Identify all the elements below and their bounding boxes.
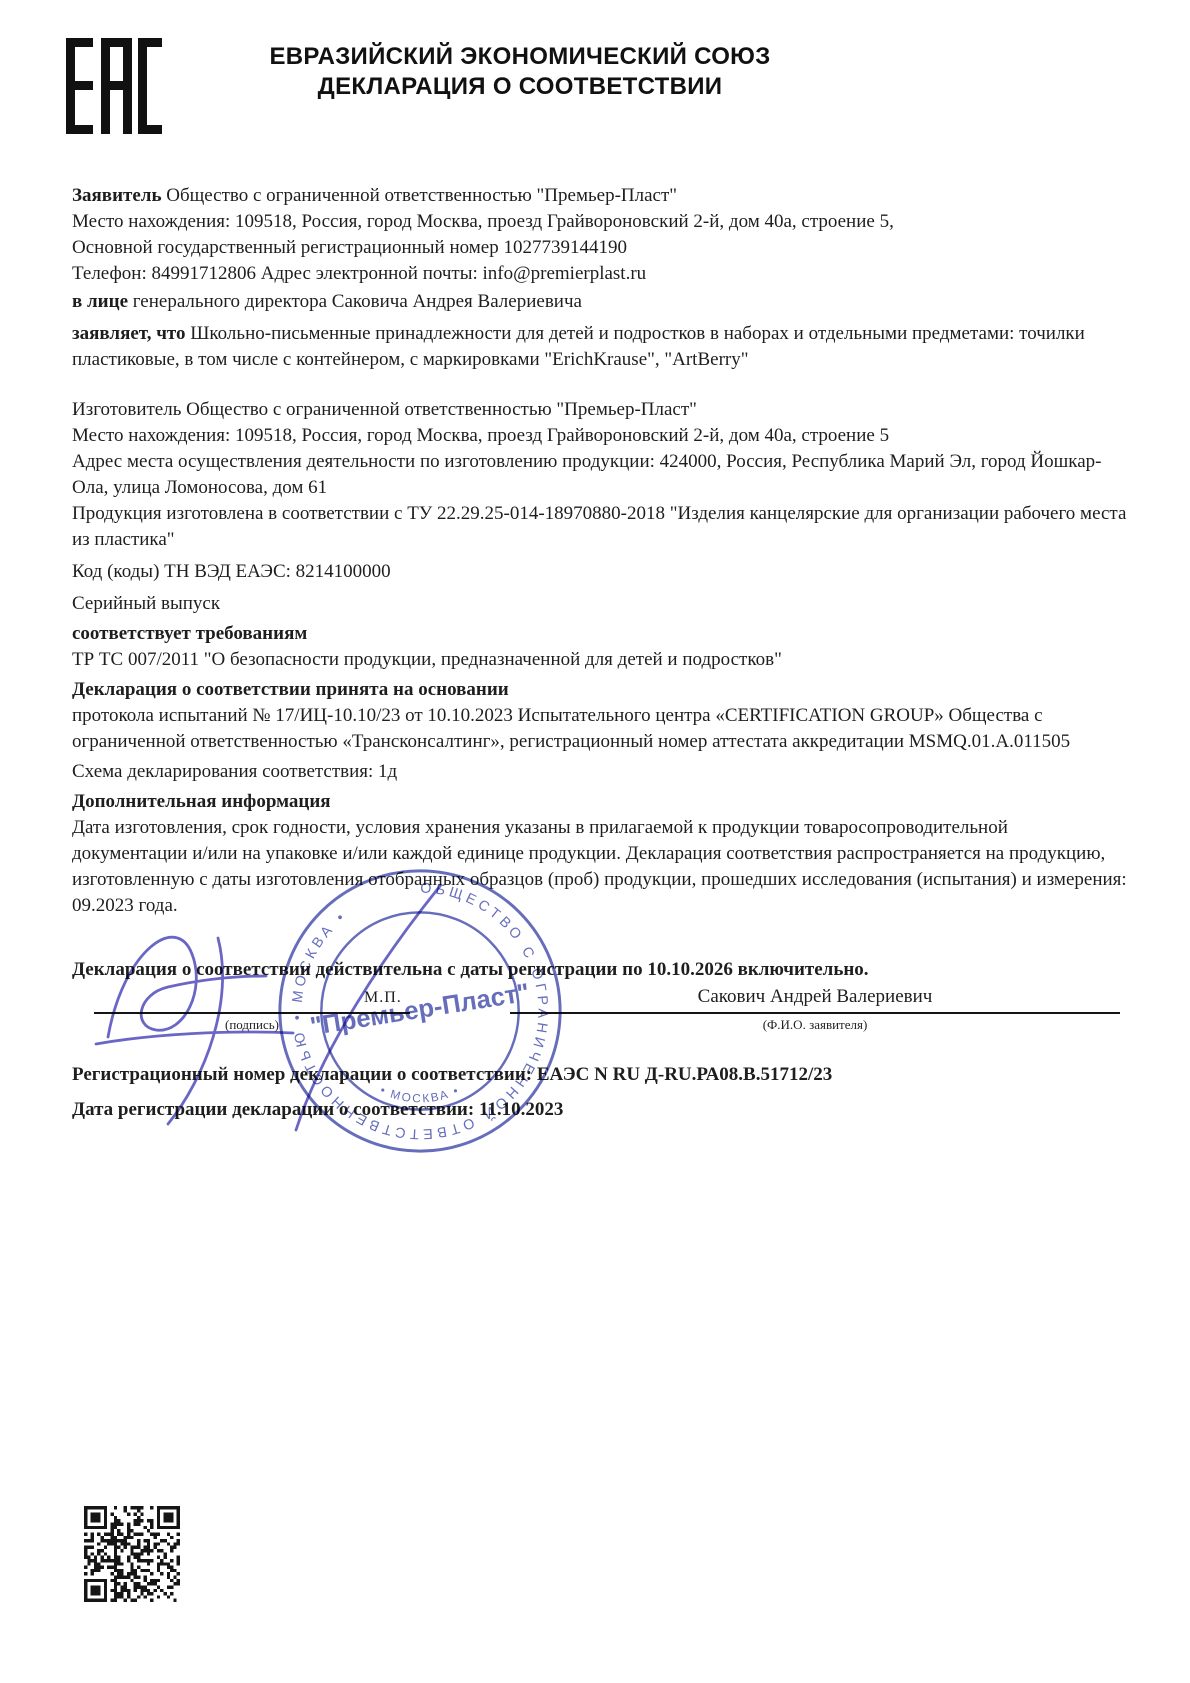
- doc-line: Изготовитель Общество с ограниченной отв…: [72, 397, 1127, 423]
- doc-line: Заявитель Общество с ограниченной ответс…: [72, 183, 1127, 209]
- doc-line: Место нахождения: 109518, Россия, город …: [72, 209, 1127, 235]
- doc-line: в лице генерального директора Саковича А…: [72, 289, 1127, 315]
- doc-line: ТР ТС 007/2011 "О безопасности продукции…: [72, 647, 1127, 673]
- doc-line: соответствует требованиям: [72, 621, 1127, 647]
- fio-caption: (Ф.И.О. заявителя): [510, 1017, 1120, 1033]
- doc-line: Место нахождения: 109518, Россия, город …: [72, 423, 1127, 449]
- doc-line: Дополнительная информация: [72, 789, 1127, 815]
- doc-line: Продукция изготовлена в соответствии с Т…: [72, 501, 1127, 553]
- handwritten-signature: [78, 872, 468, 1137]
- qr-code: [84, 1506, 180, 1602]
- document-title: ЕВРАЗИЙСКИЙ ЭКОНОМИЧЕСКИЙ СОЮЗ ДЕКЛАРАЦИ…: [230, 42, 810, 102]
- title-line-declaration: ДЕКЛАРАЦИЯ О СООТВЕТСТВИИ: [230, 72, 810, 102]
- doc-line: заявляет, что Школьно-письменные принадл…: [72, 321, 1127, 373]
- doc-line: протокола испытаний № 17/ИЦ-10.10/23 от …: [72, 703, 1127, 755]
- doc-line: Декларация о соответствии принята на осн…: [72, 677, 1127, 703]
- fio-line: [510, 1012, 1120, 1014]
- doc-line: Код (коды) ТН ВЭД ЕАЭС: 8214100000: [72, 559, 1127, 585]
- doc-line: Серийный выпуск: [72, 591, 1127, 617]
- eac-logo-icon: [66, 38, 162, 134]
- applicant-fio: Сакович Андрей Валериевич: [510, 986, 1120, 1008]
- doc-line: Адрес места осуществления деятельности п…: [72, 449, 1127, 501]
- doc-line: Телефон: 84991712806 Адрес электронной п…: [72, 261, 1127, 287]
- declaration-document: ЕВРАЗИЙСКИЙ ЭКОНОМИЧЕСКИЙ СОЮЗ ДЕКЛАРАЦИ…: [0, 0, 1190, 1683]
- doc-line: Схема декларирования соответствия: 1д: [72, 759, 1127, 785]
- title-line-union: ЕВРАЗИЙСКИЙ ЭКОНОМИЧЕСКИЙ СОЮЗ: [230, 42, 810, 72]
- doc-line: Основной государственный регистрационный…: [72, 235, 1127, 261]
